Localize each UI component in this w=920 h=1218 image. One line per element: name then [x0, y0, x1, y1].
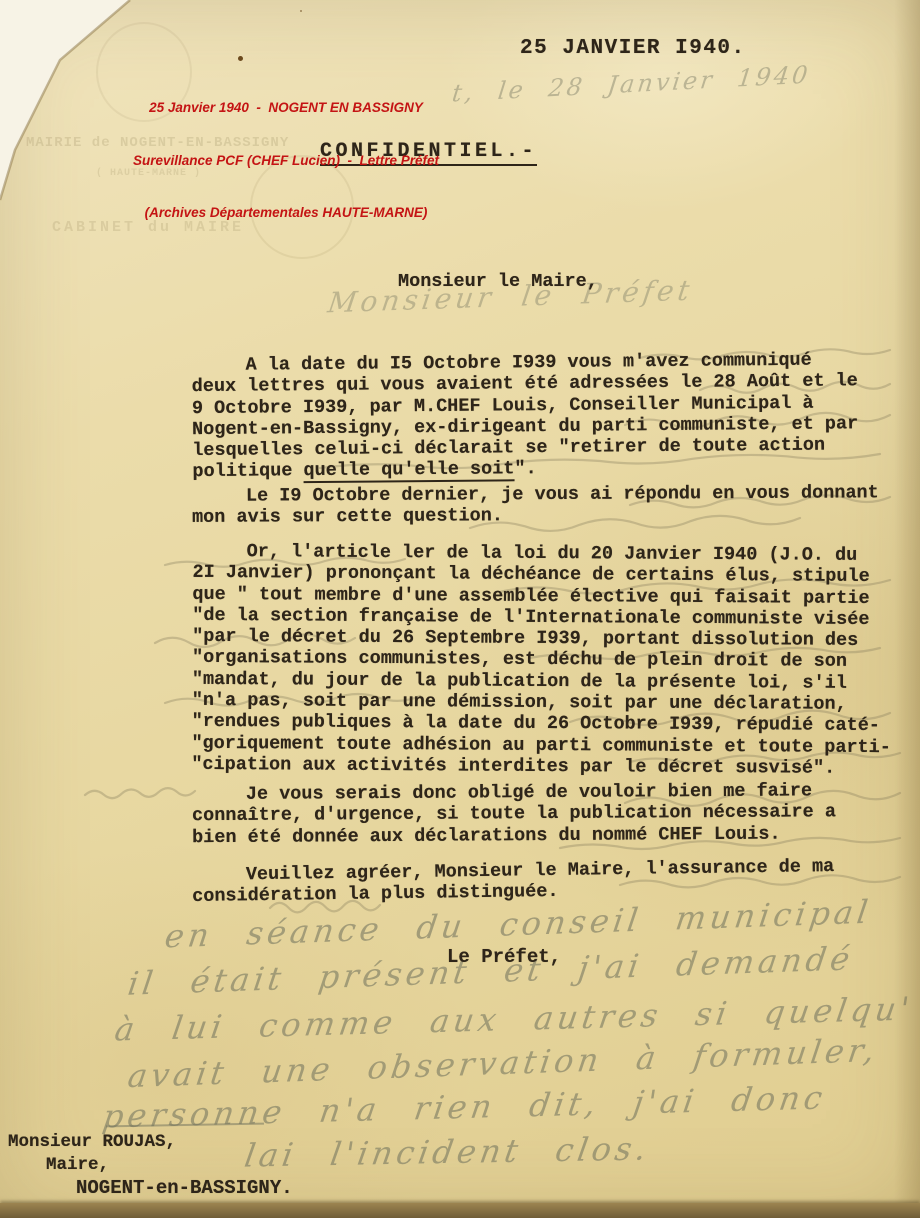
handwriting-scribble — [85, 788, 195, 798]
archive-annotation: 25 Janvier 1940 - NOGENT EN BASSIGNY Sur… — [118, 64, 454, 257]
salutation: Monsieur le Maire, — [398, 271, 598, 292]
page-bottom-edge — [0, 1203, 920, 1218]
typed-line: mon avis sur cette question. — [192, 503, 908, 528]
handwritten-note-line: lai l'incident clos. — [242, 1129, 653, 1174]
letter-paragraph: Or, l'article ler de la loi du 20 Janvie… — [191, 541, 908, 780]
typed-line: "cipation aux activités interdites par l… — [191, 754, 907, 780]
recipient-line: Maire, — [46, 1155, 109, 1175]
scanned-letter-page: MAIRIE de NOGENT-EN-BASSIGNY ( HAUTE-MAR… — [0, 0, 920, 1218]
underlined-phrase: quelle qu'elle soit — [303, 459, 514, 484]
typed-line: connaître, d'urgence, si toute la public… — [192, 801, 908, 827]
archive-annotation-line: Surevillance PCF (CHEF Lucien) - Lettre … — [118, 152, 454, 170]
paper-stain-speck — [300, 10, 302, 12]
typed-line: Le I9 Octobre dernier, je vous ai répond… — [192, 482, 908, 507]
signature-le-prefet: Le Préfet, — [447, 946, 561, 968]
archive-annotation-line: (Archives Départementales HAUTE-MARNE) — [118, 204, 454, 222]
letter-paragraph: A la date du I5 Octobre I939 vous m'avez… — [191, 349, 908, 483]
archive-annotation-line: 25 Janvier 1940 - NOGENT EN BASSIGNY — [118, 99, 454, 117]
recipient-line: Monsieur ROUJAS, — [8, 1132, 176, 1152]
letter-paragraph: Le I9 Octobre dernier, je vous ai répond… — [192, 482, 908, 528]
page-right-shadow — [894, 0, 920, 1218]
recipient-line: NOGENT-en-BASSIGNY. — [76, 1177, 293, 1199]
typed-date: 25 JANVIER I940. — [520, 37, 746, 60]
letter-paragraph: Je vous serais donc obligé de vouloir bi… — [192, 780, 908, 848]
paper-stain-speck — [238, 56, 243, 61]
typed-line: bien été donnée aux déclarations du nomm… — [192, 822, 908, 848]
